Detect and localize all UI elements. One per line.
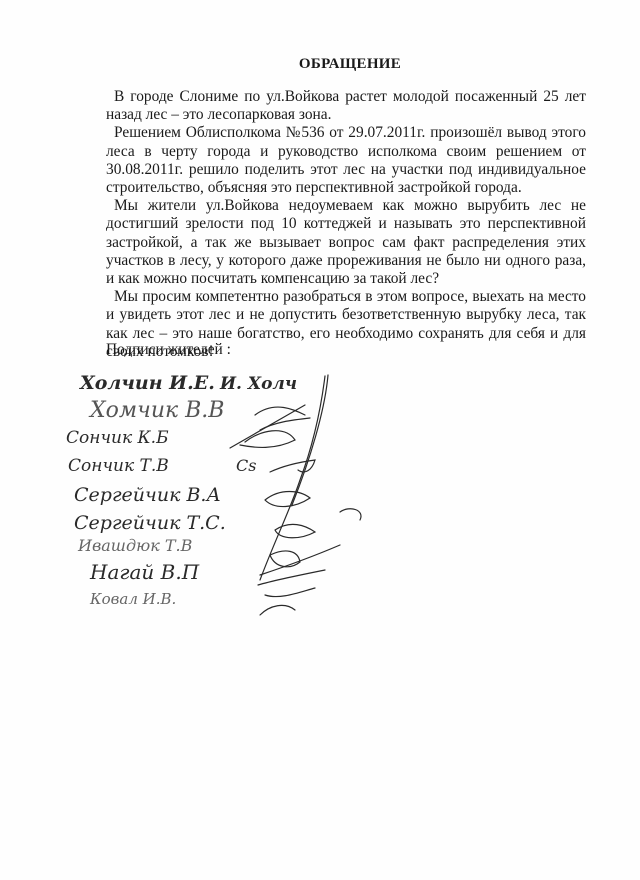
document-body: В городе Слониме по ул.Войкова растет мо… [106, 88, 586, 361]
paragraph-1: В городе Слониме по ул.Войкова растет мо… [106, 88, 586, 124]
paragraph-3: Мы жители ул.Войкова недоумеваем как мож… [106, 197, 586, 288]
document-title: ОБРАЩЕНИЕ [0, 56, 640, 73]
signatures-block: Холчин И.Е. И. Холч Хомчик В.В Сончик К.… [60, 370, 400, 630]
signatures-label: Подписи жителей : [106, 341, 231, 359]
signature-strokes [60, 370, 400, 630]
document-page: ОБРАЩЕНИЕ В городе Слониме по ул.Войкова… [0, 0, 640, 880]
paragraph-2: Решением Облисполкома №536 от 29.07.2011… [106, 124, 586, 197]
